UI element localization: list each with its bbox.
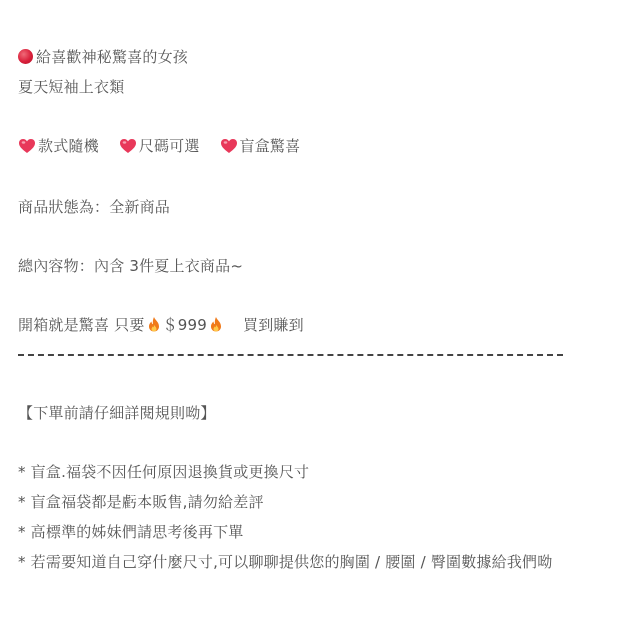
fire-icon	[209, 316, 223, 332]
price-line: 開箱就是驚喜 只要 ＄999 買到賺到	[18, 315, 304, 335]
heart-icon	[18, 138, 36, 154]
rule-item: * 若需要知道自己穿什麼尺寸,可以聊聊提供您的胸圍 / 腰圍 / 臀圍數據給我們…	[18, 552, 552, 572]
features-line: 款式隨機 尺碼可選 盲盒驚喜	[18, 136, 300, 156]
rules-heading: 【下單前請仔細詳閱規則呦】	[18, 403, 216, 423]
rule-item: * 高標準的姊妹們請思考後再下單	[18, 522, 243, 542]
intro-title-line: 給喜歡神秘驚喜的女孩	[18, 47, 188, 67]
rule-item: * 盲盒.福袋不因任何原因退換貨或更換尺寸	[18, 462, 309, 482]
feature-label: 款式隨機	[38, 137, 99, 155]
fire-icon	[147, 316, 161, 332]
feature-label: 尺碼可選	[139, 137, 200, 155]
heart-icon	[220, 138, 238, 154]
rule-item: * 盲盒福袋都是虧本販售,請勿給差評	[18, 492, 264, 512]
price-prefix: 開箱就是驚喜 只要	[18, 316, 145, 334]
intro-title: 給喜歡神秘驚喜的女孩	[36, 48, 188, 66]
price-value: ＄999	[163, 316, 207, 334]
intro-subtitle: 夏天短袖上衣類	[18, 77, 124, 97]
dashed-divider	[18, 354, 563, 356]
heart-icon	[119, 138, 137, 154]
red-circle-icon	[18, 49, 33, 64]
price-suffix: 買到賺到	[243, 316, 304, 334]
status-text: 商品狀態為：全新商品	[18, 197, 170, 217]
feature-label: 盲盒驚喜	[240, 137, 301, 155]
contents-text: 總內容物：內含 3件夏上衣商品~	[18, 256, 243, 276]
